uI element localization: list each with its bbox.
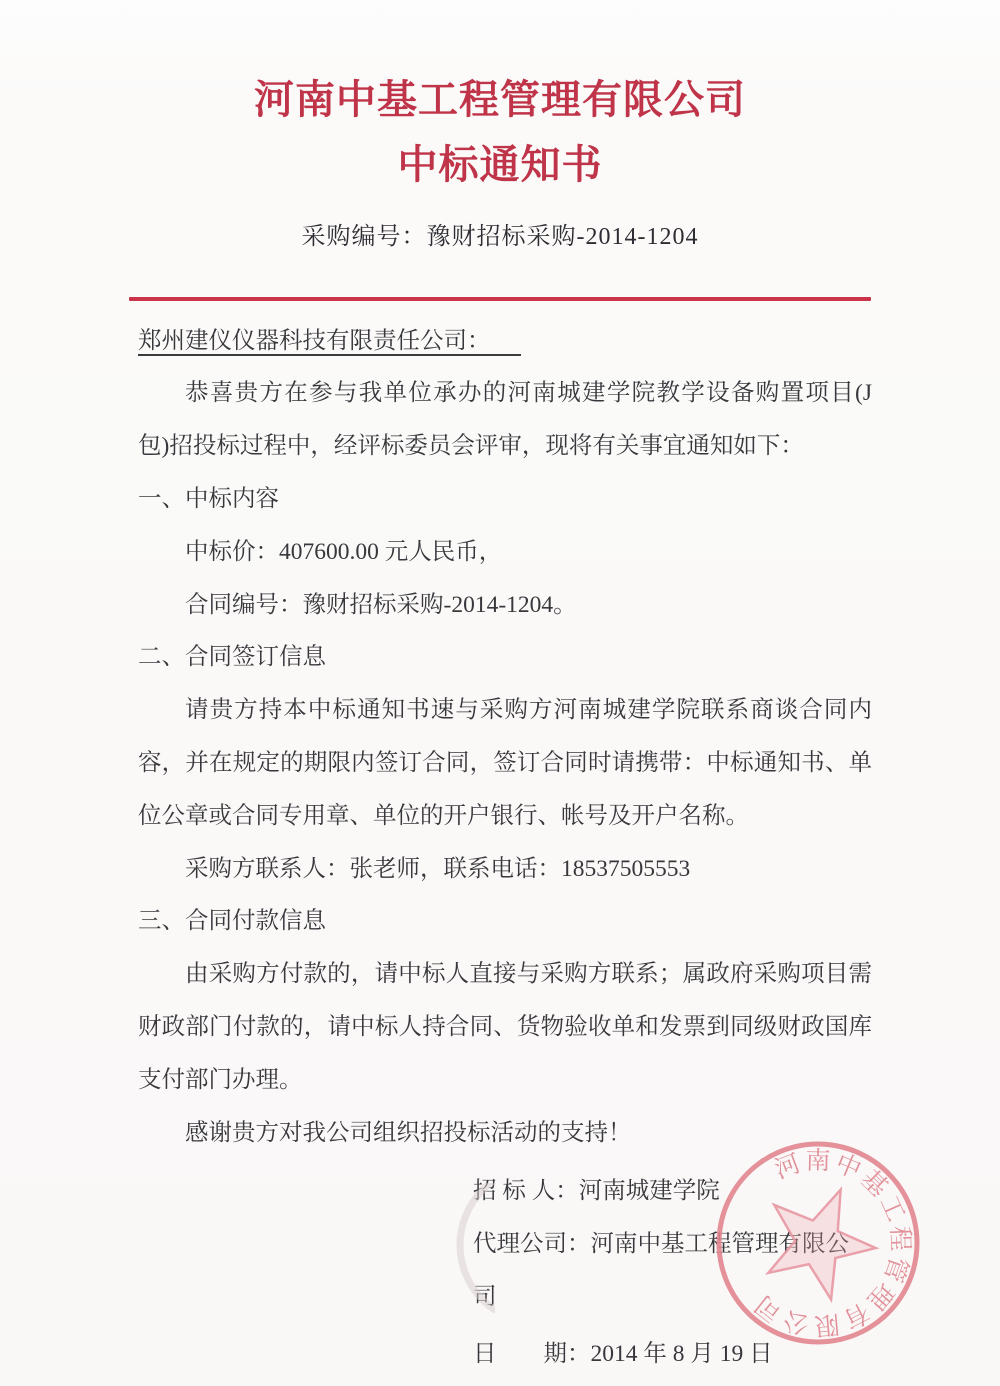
bidder-line: 招 标 人：河南城建学院 — [473, 1165, 872, 1218]
date-value: 2014 年 8 月 19 日 — [591, 1341, 773, 1367]
section-1-heading: 一、中标内容 — [138, 473, 872, 526]
date-label: 日 期： — [473, 1341, 591, 1367]
recipient-name: 郑州建仪仪器科技有限责任公司： — [138, 328, 521, 356]
salutation-line: 郑州建仪仪器科技有限责任公司： — [138, 315, 872, 368]
thanks-line: 感谢贵方对我公司组织招投标活动的支持！ — [138, 1107, 872, 1160]
letter-body: 郑州建仪仪器科技有限责任公司： 恭喜贵方在参与我单位承办的河南城建学院教学设备购… — [138, 315, 872, 1382]
red-divider-rule — [129, 297, 871, 301]
section-2-heading: 二、合同签订信息 — [138, 631, 872, 684]
section-2-paragraph: 请贵方持本中标通知书速与采购方河南城建学院联系商谈合同内容，并在规定的期限内签订… — [138, 684, 872, 842]
bidder-label: 招 标 人： — [473, 1178, 579, 1204]
intro-paragraph: 恭喜贵方在参与我单位承办的河南城建学院教学设备购置项目(J 包)招投标过程中，经… — [138, 367, 872, 473]
date-line: 日 期：2014 年 8 月 19 日 — [473, 1328, 872, 1381]
purchaser-contact-line: 采购方联系人：张老师，联系电话：18537505553 — [138, 843, 872, 896]
agency-label: 代理公司： — [473, 1231, 591, 1257]
section-3-heading: 三、合同付款信息 — [138, 895, 872, 948]
section-3-paragraph: 由采购方付款的，请中标人直接与采购方联系；属政府采购项目需财政部门付款的，请中标… — [138, 948, 872, 1106]
procurement-label: 采购编号： — [302, 224, 427, 250]
bidder-value: 河南城建学院 — [579, 1178, 720, 1204]
company-title: 河南中基工程管理有限公司 — [0, 0, 1000, 125]
agency-line: 代理公司：河南中基工程管理有限公司 — [473, 1218, 872, 1324]
doc-title: 中标通知书 — [0, 141, 1000, 190]
contract-number-line: 合同编号：豫财招标采购-2014-1204。 — [138, 579, 872, 632]
bid-price-line: 中标价：407600.00 元人民币， — [138, 526, 872, 579]
procurement-number-line: 采购编号：豫财招标采购-2014-1204 — [0, 216, 1000, 251]
bid-notice-document: 河南中基工程管理有限公司 中标通知书 采购编号：豫财招标采购-2014-1204… — [0, 0, 1000, 1386]
signature-block: 招 标 人：河南城建学院 代理公司：河南中基工程管理有限公司 日 期：2014 … — [473, 1165, 872, 1381]
procurement-value: 豫财招标采购-2014-1204 — [427, 224, 699, 250]
